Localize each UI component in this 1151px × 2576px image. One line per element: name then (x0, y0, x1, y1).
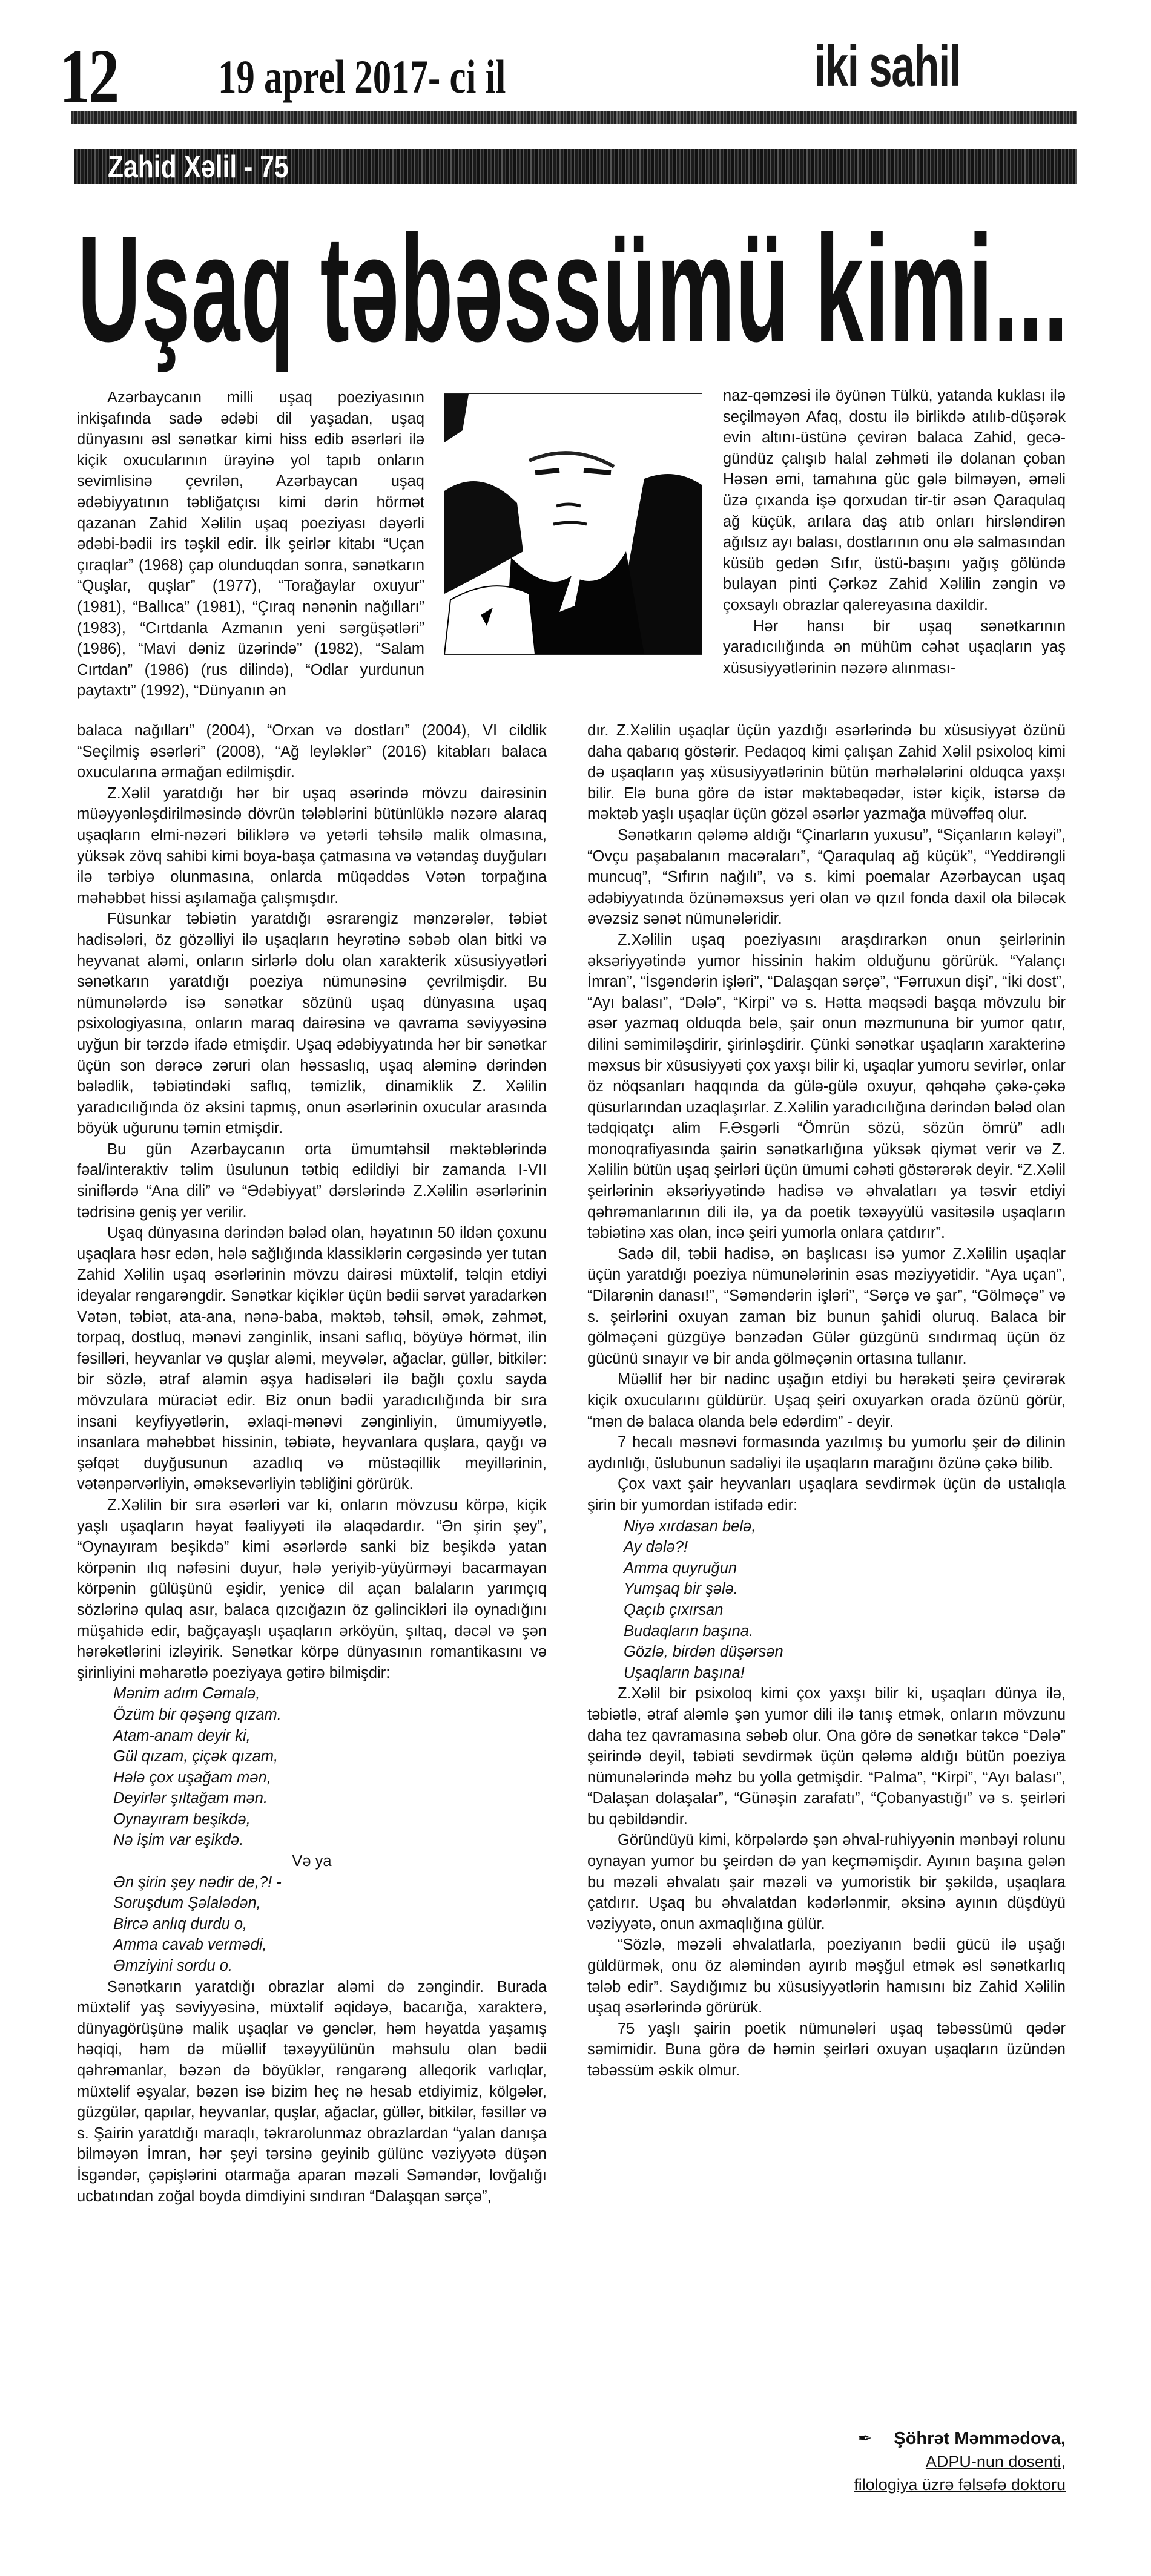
column-2-intro: naz-qəmzəsi ilə öyünən Tülkü, yatanda ku… (723, 386, 1066, 678)
article-headline: Uşaq təbəssümü kimi... (78, 213, 1069, 364)
paragraph: 75 yaşlı şairin poetik nümunələri uşaq t… (587, 2019, 1066, 2081)
pen-nib-icon: ✒ (858, 2427, 872, 2450)
paragraph: Azərbaycanın milli uşaq poeziyasının ink… (77, 387, 424, 701)
paragraph: balaca nağılları” (2004), “Orxan və dost… (77, 720, 547, 783)
author-name: Şöhrət Məmmədova, (894, 2429, 1066, 2448)
rubric-label: Zahid Xəlil - 75 (108, 151, 289, 183)
poem-line: Yumşaq bir şələ. (624, 1579, 1066, 1600)
poem-line: Uşaqların başına! (624, 1663, 1066, 1684)
column-1-intro: Azərbaycanın milli uşaq poeziyasının ink… (77, 387, 424, 701)
portrait-image (444, 394, 702, 654)
poem-line: Özüm bir qəşəng qızam. (113, 1704, 547, 1726)
poem-line: Amma quyruğun (624, 1558, 1066, 1579)
paragraph: naz-qəmzəsi ilə öyünən Tülkü, yatanda ku… (723, 386, 1066, 616)
poem-line: Atam-anam deyir ki, (113, 1726, 547, 1747)
author-portrait-photo (444, 393, 702, 655)
poem-quote: Mənim adım Cəmalə, Özüm bir qəşəng qızam… (77, 1683, 547, 1851)
paragraph: Z.Xəlilin bir sıra əsərləri var ki, onla… (77, 1495, 547, 1683)
paragraph: Uşaq dünyasına dərindən bələd olan, həya… (77, 1223, 547, 1495)
paragraph: Z.Xəlil yaratdığı hər bir uşaq əsərində … (77, 783, 547, 909)
paragraph: Çox vaxt şair heyvanları uşaqlara sevdir… (587, 1474, 1066, 1516)
poem-quote: Ən şirin şey nədir de,?! - Soruşdum Şəla… (77, 1872, 547, 1977)
poem-line: Əmziyini sordu o. (113, 1956, 547, 1977)
paragraph: 7 hecalı məsnəvi formasında yazılmış bu … (587, 1432, 1066, 1474)
poem-line: Nə işim var eşikdə. (113, 1830, 547, 1851)
poem-line: Soruşdum Şəlalədən, (113, 1893, 547, 1914)
paragraph: Z.Xəlil bir psixoloq kimi çox yaxşı bili… (587, 1683, 1066, 1830)
paragraph: Füsunkar təbiətin yaratdığı əsrarəngiz m… (77, 908, 547, 1139)
poem-line: Deyirlər şıltağam mən. (113, 1788, 547, 1809)
author-degree: filologiya üzrə fəlsəfə doktoru (727, 2473, 1066, 2496)
column-2: dır. Z.Xəlilin uşaqlar üçün yazdığı əsər… (587, 720, 1066, 2081)
poem-line: Niyə xırdasan belə, (624, 1516, 1066, 1537)
poem-line: Oynayıram beşikdə, (113, 1809, 547, 1830)
paragraph: Bu gün Azərbaycanın orta ümumtəhsil məkt… (77, 1139, 547, 1223)
poem-separator: Və ya (77, 1851, 547, 1872)
paragraph: Sadə dil, təbii hadisə, ən başlıcası isə… (587, 1244, 1066, 1370)
poem-line: Ay dələ?! (624, 1537, 1066, 1558)
paragraph: Sənətkarın qələmə aldığı “Çinarların yux… (587, 825, 1066, 930)
poem-line: Budaqların başına. (624, 1621, 1066, 1642)
author-signature: ✒Şöhrət Məmmədova, ADPU-nun dosenti, fil… (727, 2427, 1066, 2496)
header-rule (71, 111, 1077, 124)
issue-date: 19 aprel 2017- ci il (218, 53, 506, 100)
paragraph: Z.Xəlilin uşaq poeziyasını araşdırarkən … (587, 930, 1066, 1244)
poem-line: Gözlə, birdən düşərsən (624, 1641, 1066, 1663)
paragraph: dır. Z.Xəlilin uşaqlar üçün yazdığı əsər… (587, 720, 1066, 825)
column-1: balaca nağılları” (2004), “Orxan və dost… (77, 720, 547, 2207)
author-position: ADPU-nun dosenti, (727, 2450, 1066, 2473)
poem-line: Amma cavab vermədi, (113, 1934, 547, 1956)
paragraph: Sənətkarın yaratdığı obrazlar aləmi də z… (77, 1977, 547, 2207)
poem-line: Gül qızam, çiçək qızam, (113, 1746, 547, 1767)
newspaper-masthead: iki sahil (814, 38, 960, 96)
poem-line: Hələ çox uşağam mən, (113, 1767, 547, 1789)
paragraph: “Sözlə, məzəli əhvalatlarla, poeziyanın … (587, 1934, 1066, 2018)
page-number: 12 (59, 38, 117, 115)
paragraph: Müəllif hər bir nadinc uşağın etdiyi bu … (587, 1369, 1066, 1432)
poem-line: Ən şirin şey nədir de,?! - (113, 1872, 547, 1893)
paragraph: Hər hansı bir uşaq sənətkarının yaradıcı… (723, 616, 1066, 679)
poem-line: Bircə anlıq durdu o, (113, 1914, 547, 1935)
poem-line: Mənim adım Cəmalə, (113, 1683, 547, 1704)
paragraph: Göründüyü kimi, körpələrdə şən əhval-ruh… (587, 1830, 1066, 1934)
poem-line: Qaçıb çıxırsan (624, 1600, 1066, 1621)
poem-quote: Niyə xırdasan belə, Ay dələ?! Amma quyru… (587, 1516, 1066, 1684)
